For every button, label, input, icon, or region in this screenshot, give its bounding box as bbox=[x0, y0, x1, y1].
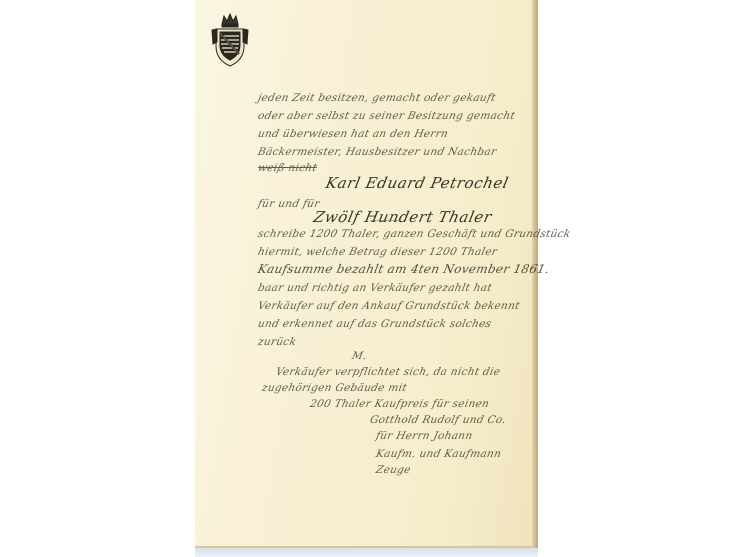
text-line-19: zugehörigen Gebäude mit bbox=[261, 382, 408, 394]
coat-of-arms-icon bbox=[209, 12, 251, 70]
text-line-17: M. bbox=[351, 350, 368, 362]
text-line-18: Verkäufer verpflichtet sich, da nicht di… bbox=[275, 366, 502, 378]
signature-line-1: Gotthold Rudolf und Co. bbox=[369, 414, 507, 426]
text-line-2: oder aber selbst zu seiner Besitzung gem… bbox=[257, 110, 517, 122]
text-line-16: zurück bbox=[257, 336, 298, 348]
signature-line-3: Kaufm. und Kaufmann bbox=[375, 448, 503, 460]
text-line-3: und überwiesen hat an den Herrn bbox=[257, 128, 450, 140]
text-line-10: schreibe 1200 Thaler, ganzen Geschäft un… bbox=[257, 228, 572, 240]
text-line-7: für und für bbox=[257, 198, 321, 210]
text-line-1: jeden Zeit besitzen, gemacht oder gekauf… bbox=[257, 92, 497, 104]
signature-line-2: für Herrn Johann bbox=[375, 430, 474, 442]
date-line: Kaufsumme bezahlt am 4ten November 1861. bbox=[257, 262, 551, 276]
text-line-15: und erkennet auf das Grundstück solches bbox=[257, 318, 493, 330]
text-line-13: baar und richtig an Verkäufer gezahlt ha… bbox=[257, 282, 493, 294]
page-edge bbox=[195, 548, 538, 557]
text-line-4: Bäckermeister, Hausbesitzer und Nachbar bbox=[257, 146, 498, 158]
signature-line-4: Zeuge bbox=[375, 464, 412, 476]
text-line-20: 200 Thaler Kaufpreis für seinen bbox=[309, 398, 491, 410]
divider bbox=[370, 220, 400, 221]
text-line-11: hiermit, welche Betrag dieser 1200 Thale… bbox=[257, 246, 499, 258]
text-line-5: weiß nicht bbox=[257, 162, 318, 174]
text-line-14: Verkäufer auf den Ankauf Grundstück beke… bbox=[257, 300, 521, 312]
amount-words-line: Zwölf Hundert Thaler bbox=[312, 208, 494, 226]
name-line: Karl Eduard Petrochel bbox=[324, 174, 510, 192]
